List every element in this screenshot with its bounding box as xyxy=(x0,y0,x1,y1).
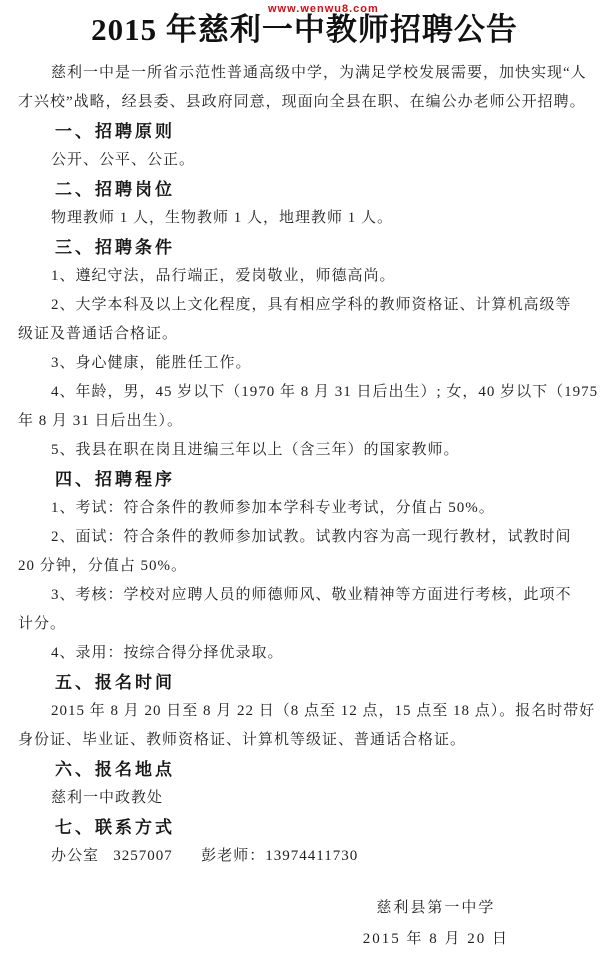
body-line: 才兴校”战略，经县委、县政府同意，现面向全县在职、在编公办老师公开招聘。 xyxy=(0,88,609,117)
body-line: 1、遵纪守法，品行端正，爱岗敬业，师德高尚。 xyxy=(0,262,609,291)
body-line: 办公室 3257007 彭老师：13974411730 xyxy=(0,842,609,871)
body-line: 慈利一中政教处 xyxy=(0,784,609,813)
body-line: 3、身心健康，能胜任工作。 xyxy=(0,349,609,378)
site-watermark: www.wenwu8.com xyxy=(268,3,379,15)
body-line: 身份证、毕业证、教师资格证、计算机等级证、普通话合格证。 xyxy=(0,726,609,755)
body-line: 2、大学本科及以上文化程度，具有相应学科的教师资格证、计算机高级等 xyxy=(0,291,609,320)
body-line: 4、录用：按综合得分择优录取。 xyxy=(0,639,609,668)
body-line: 2015 年 8 月 20 日至 8 月 22 日（8 点至 12 点，15 点… xyxy=(0,697,609,726)
section-heading: 二、招聘岗位 xyxy=(0,175,609,204)
body-line: 3、考核：学校对应聘人员的师德师风、敬业精神等方面进行考核，此项不 xyxy=(0,581,609,610)
body-line: 年 8 月 31 日后出生）。 xyxy=(0,407,609,436)
announcement-document: www.wenwu8.com 2015 年慈利一中教师招聘公告 慈利一中是一所省… xyxy=(0,0,609,961)
body-line: 物理教师 1 人，生物教师 1 人，地理教师 1 人。 xyxy=(0,204,609,233)
body-line: 级证及普通话合格证。 xyxy=(0,320,609,349)
signature-block: 慈利县第一中学 2015 年 8 月 20 日 xyxy=(363,893,509,955)
section-heading: 四、招聘程序 xyxy=(0,465,609,494)
body-line: 5、我县在职在岗且进编三年以上（含三年）的国家教师。 xyxy=(0,436,609,465)
section-heading: 五、报名时间 xyxy=(0,668,609,697)
section-heading: 六、报名地点 xyxy=(0,755,609,784)
body-line: 20 分钟，分值占 50%。 xyxy=(0,552,609,581)
body-line: 2、面试：符合条件的教师参加试教。试教内容为高一现行教材，试教时间 xyxy=(0,523,609,552)
body-line: 公开、公平、公正。 xyxy=(0,146,609,175)
section-heading: 三、招聘条件 xyxy=(0,233,609,262)
body-line: 1、考试：符合条件的教师参加本学科专业考试，分值占 50%。 xyxy=(0,494,609,523)
document-body: 慈利一中是一所省示范性普通高级中学，为满足学校发展需要，加快实现“人才兴校”战略… xyxy=(0,59,609,871)
body-line: 4、年龄，男，45 岁以下（1970 年 8 月 31 日后出生）; 女，40 … xyxy=(0,378,609,407)
signature-org: 慈利县第一中学 xyxy=(363,893,509,924)
body-line: 计分。 xyxy=(0,610,609,639)
signature-date: 2015 年 8 月 20 日 xyxy=(363,924,509,955)
section-heading: 一、招聘原则 xyxy=(0,117,609,146)
section-heading: 七、联系方式 xyxy=(0,813,609,842)
body-line: 慈利一中是一所省示范性普通高级中学，为满足学校发展需要，加快实现“人 xyxy=(0,59,609,88)
